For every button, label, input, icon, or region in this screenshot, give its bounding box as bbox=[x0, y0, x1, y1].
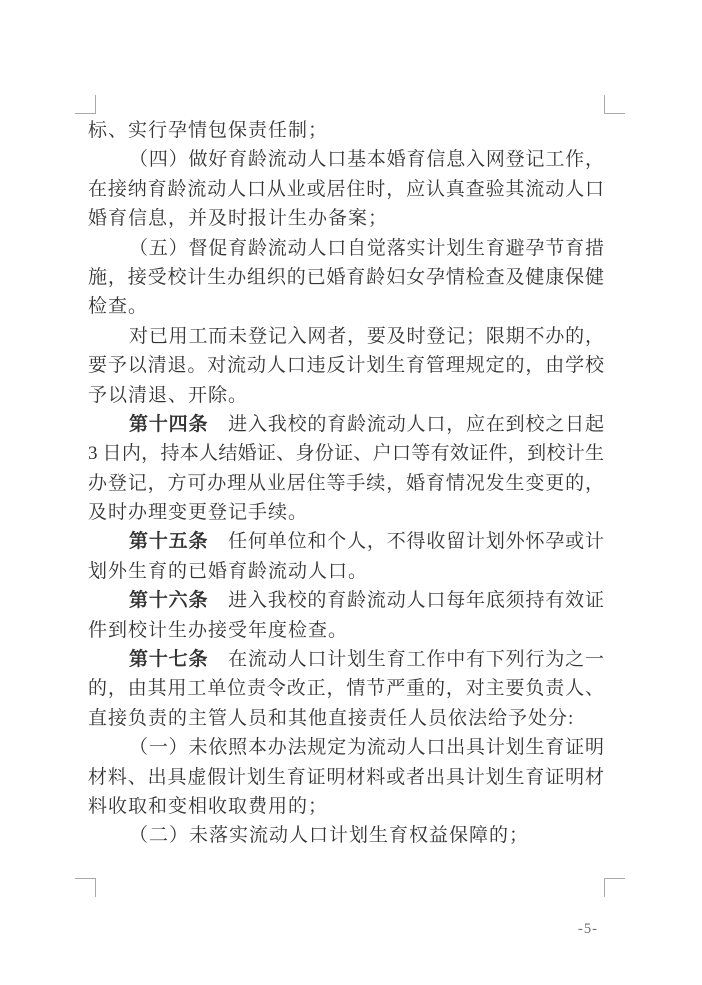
text-segment: 划外生育的已婚育龄流动人口。 bbox=[88, 561, 368, 582]
text-segment: 要予以清退。对流动人口违反计划生育管理规定的，由学校 bbox=[88, 355, 604, 376]
text-segment: 检查。 bbox=[88, 296, 148, 317]
text-segment: （二）未落实流动人口计划生育权益保障的； bbox=[129, 825, 529, 846]
text-line: 料收取和变相收取费用的； bbox=[88, 792, 604, 821]
text-line: 予以清退、开除。 bbox=[88, 381, 604, 410]
text-line: 要予以清退。对流动人口违反计划生育管理规定的，由学校 bbox=[88, 351, 604, 380]
text-line: （五）督促育龄流动人口自觉落实计划生育避孕节育措 bbox=[88, 234, 604, 263]
text-line: 办登记，方可办理从业居住等手续，婚育情况发生变更的， bbox=[88, 469, 604, 498]
text-line: 第十六条 进入我校的育龄流动人口每年底须持有效证 bbox=[88, 586, 604, 615]
text-line: （一）未依照本办法规定为流动人口出具计划生育证明 bbox=[88, 733, 604, 762]
article-heading: 第十四条 bbox=[129, 414, 208, 435]
text-line: 第十七条 在流动人口计划生育工作中有下列行为之一 bbox=[88, 645, 604, 674]
text-line: 划外生育的已婚育龄流动人口。 bbox=[88, 557, 604, 586]
text-segment: （一）未依照本办法规定为流动人口出具计划生育证明 bbox=[129, 737, 604, 758]
article-heading: 第十六条 bbox=[129, 590, 208, 611]
article-heading: 第十七条 bbox=[129, 649, 208, 670]
text-line: 材料、出具虚假计划生育证明材料或者出具计划生育证明材 bbox=[88, 763, 604, 792]
text-line: （四）做好育龄流动人口基本婚育信息入网登记工作， bbox=[88, 145, 604, 174]
document-page: 标、实行孕情包保责任制；（四）做好育龄流动人口基本婚育信息入网登记工作，在接纳育… bbox=[0, 0, 702, 985]
text-segment: 料收取和变相收取费用的； bbox=[88, 796, 328, 817]
text-segment: 婚育信息，并及时报计生办备案； bbox=[88, 208, 388, 229]
text-segment: 及时办理变更登记手续。 bbox=[88, 502, 308, 523]
text-segment: 办登记，方可办理从业居住等手续，婚育情况发生变更的， bbox=[88, 473, 604, 494]
text-segment: 任何单位和个人，不得收留计划外怀孕或计 bbox=[208, 531, 604, 552]
text-line: 3 日内，持本人结婚证、身份证、户口等有效证件，到校计生 bbox=[88, 439, 604, 468]
text-segment: 3 日内，持本人结婚证、身份证、户口等有效证件，到校计生 bbox=[88, 443, 604, 464]
text-line: 第十四条 进入我校的育龄流动人口，应在到校之日起 bbox=[88, 410, 604, 439]
text-boundary-mark-top-right bbox=[604, 95, 625, 114]
text-line: 在接纳育龄流动人口从业或居住时，应认真查验其流动人口 bbox=[88, 175, 604, 204]
text-line: 的，由其用工单位责令改正，情节严重的，对主要负责人、 bbox=[88, 674, 604, 703]
text-line: 婚育信息，并及时报计生办备案； bbox=[88, 204, 604, 233]
text-line: 及时办理变更登记手续。 bbox=[88, 498, 604, 527]
text-segment: 进入我校的育龄流动人口每年底须持有效证 bbox=[208, 590, 604, 611]
text-boundary-mark-top-left bbox=[75, 95, 96, 114]
text-line: 直接负责的主管人员和其他直接责任人员依法给予处分: bbox=[88, 704, 604, 733]
text-segment: 施，接受校计生办组织的已婚育龄妇女孕情检查及健康保健 bbox=[88, 267, 604, 288]
text-line: 对已用工而未登记入网者，要及时登记；限期不办的， bbox=[88, 322, 604, 351]
text-segment: 的，由其用工单位责令改正，情节严重的，对主要负责人、 bbox=[88, 678, 604, 699]
text-line: 第十五条 任何单位和个人，不得收留计划外怀孕或计 bbox=[88, 527, 604, 556]
text-boundary-mark-bottom-right bbox=[604, 878, 625, 897]
text-line: 施，接受校计生办组织的已婚育龄妇女孕情检查及健康保健 bbox=[88, 263, 604, 292]
text-line: 检查。 bbox=[88, 292, 604, 321]
text-line: 件到校计生办接受年度检查。 bbox=[88, 616, 604, 645]
article-heading: 第十五条 bbox=[129, 531, 208, 552]
document-body: 标、实行孕情包保责任制；（四）做好育龄流动人口基本婚育信息入网登记工作，在接纳育… bbox=[88, 116, 604, 851]
text-segment: 标、实行孕情包保责任制； bbox=[88, 120, 328, 141]
text-segment: （四）做好育龄流动人口基本婚育信息入网登记工作， bbox=[129, 149, 604, 170]
text-segment: 进入我校的育龄流动人口，应在到校之日起 bbox=[208, 414, 604, 435]
text-segment: 在接纳育龄流动人口从业或居住时，应认真查验其流动人口 bbox=[88, 179, 604, 200]
text-segment: 直接负责的主管人员和其他直接责任人员依法给予处分: bbox=[88, 708, 574, 729]
page-number: -5- bbox=[566, 921, 610, 938]
text-segment: （五）督促育龄流动人口自觉落实计划生育避孕节育措 bbox=[129, 238, 604, 259]
text-line: （二）未落实流动人口计划生育权益保障的； bbox=[88, 821, 604, 850]
text-segment: 予以清退、开除。 bbox=[88, 385, 248, 406]
text-segment: 对已用工而未登记入网者，要及时登记；限期不办的， bbox=[129, 326, 604, 347]
text-boundary-mark-bottom-left bbox=[75, 878, 96, 897]
text-segment: 件到校计生办接受年度检查。 bbox=[88, 620, 348, 641]
text-line: 标、实行孕情包保责任制； bbox=[88, 116, 604, 145]
text-segment: 材料、出具虚假计划生育证明材料或者出具计划生育证明材 bbox=[88, 767, 604, 788]
text-segment: 在流动人口计划生育工作中有下列行为之一 bbox=[208, 649, 604, 670]
